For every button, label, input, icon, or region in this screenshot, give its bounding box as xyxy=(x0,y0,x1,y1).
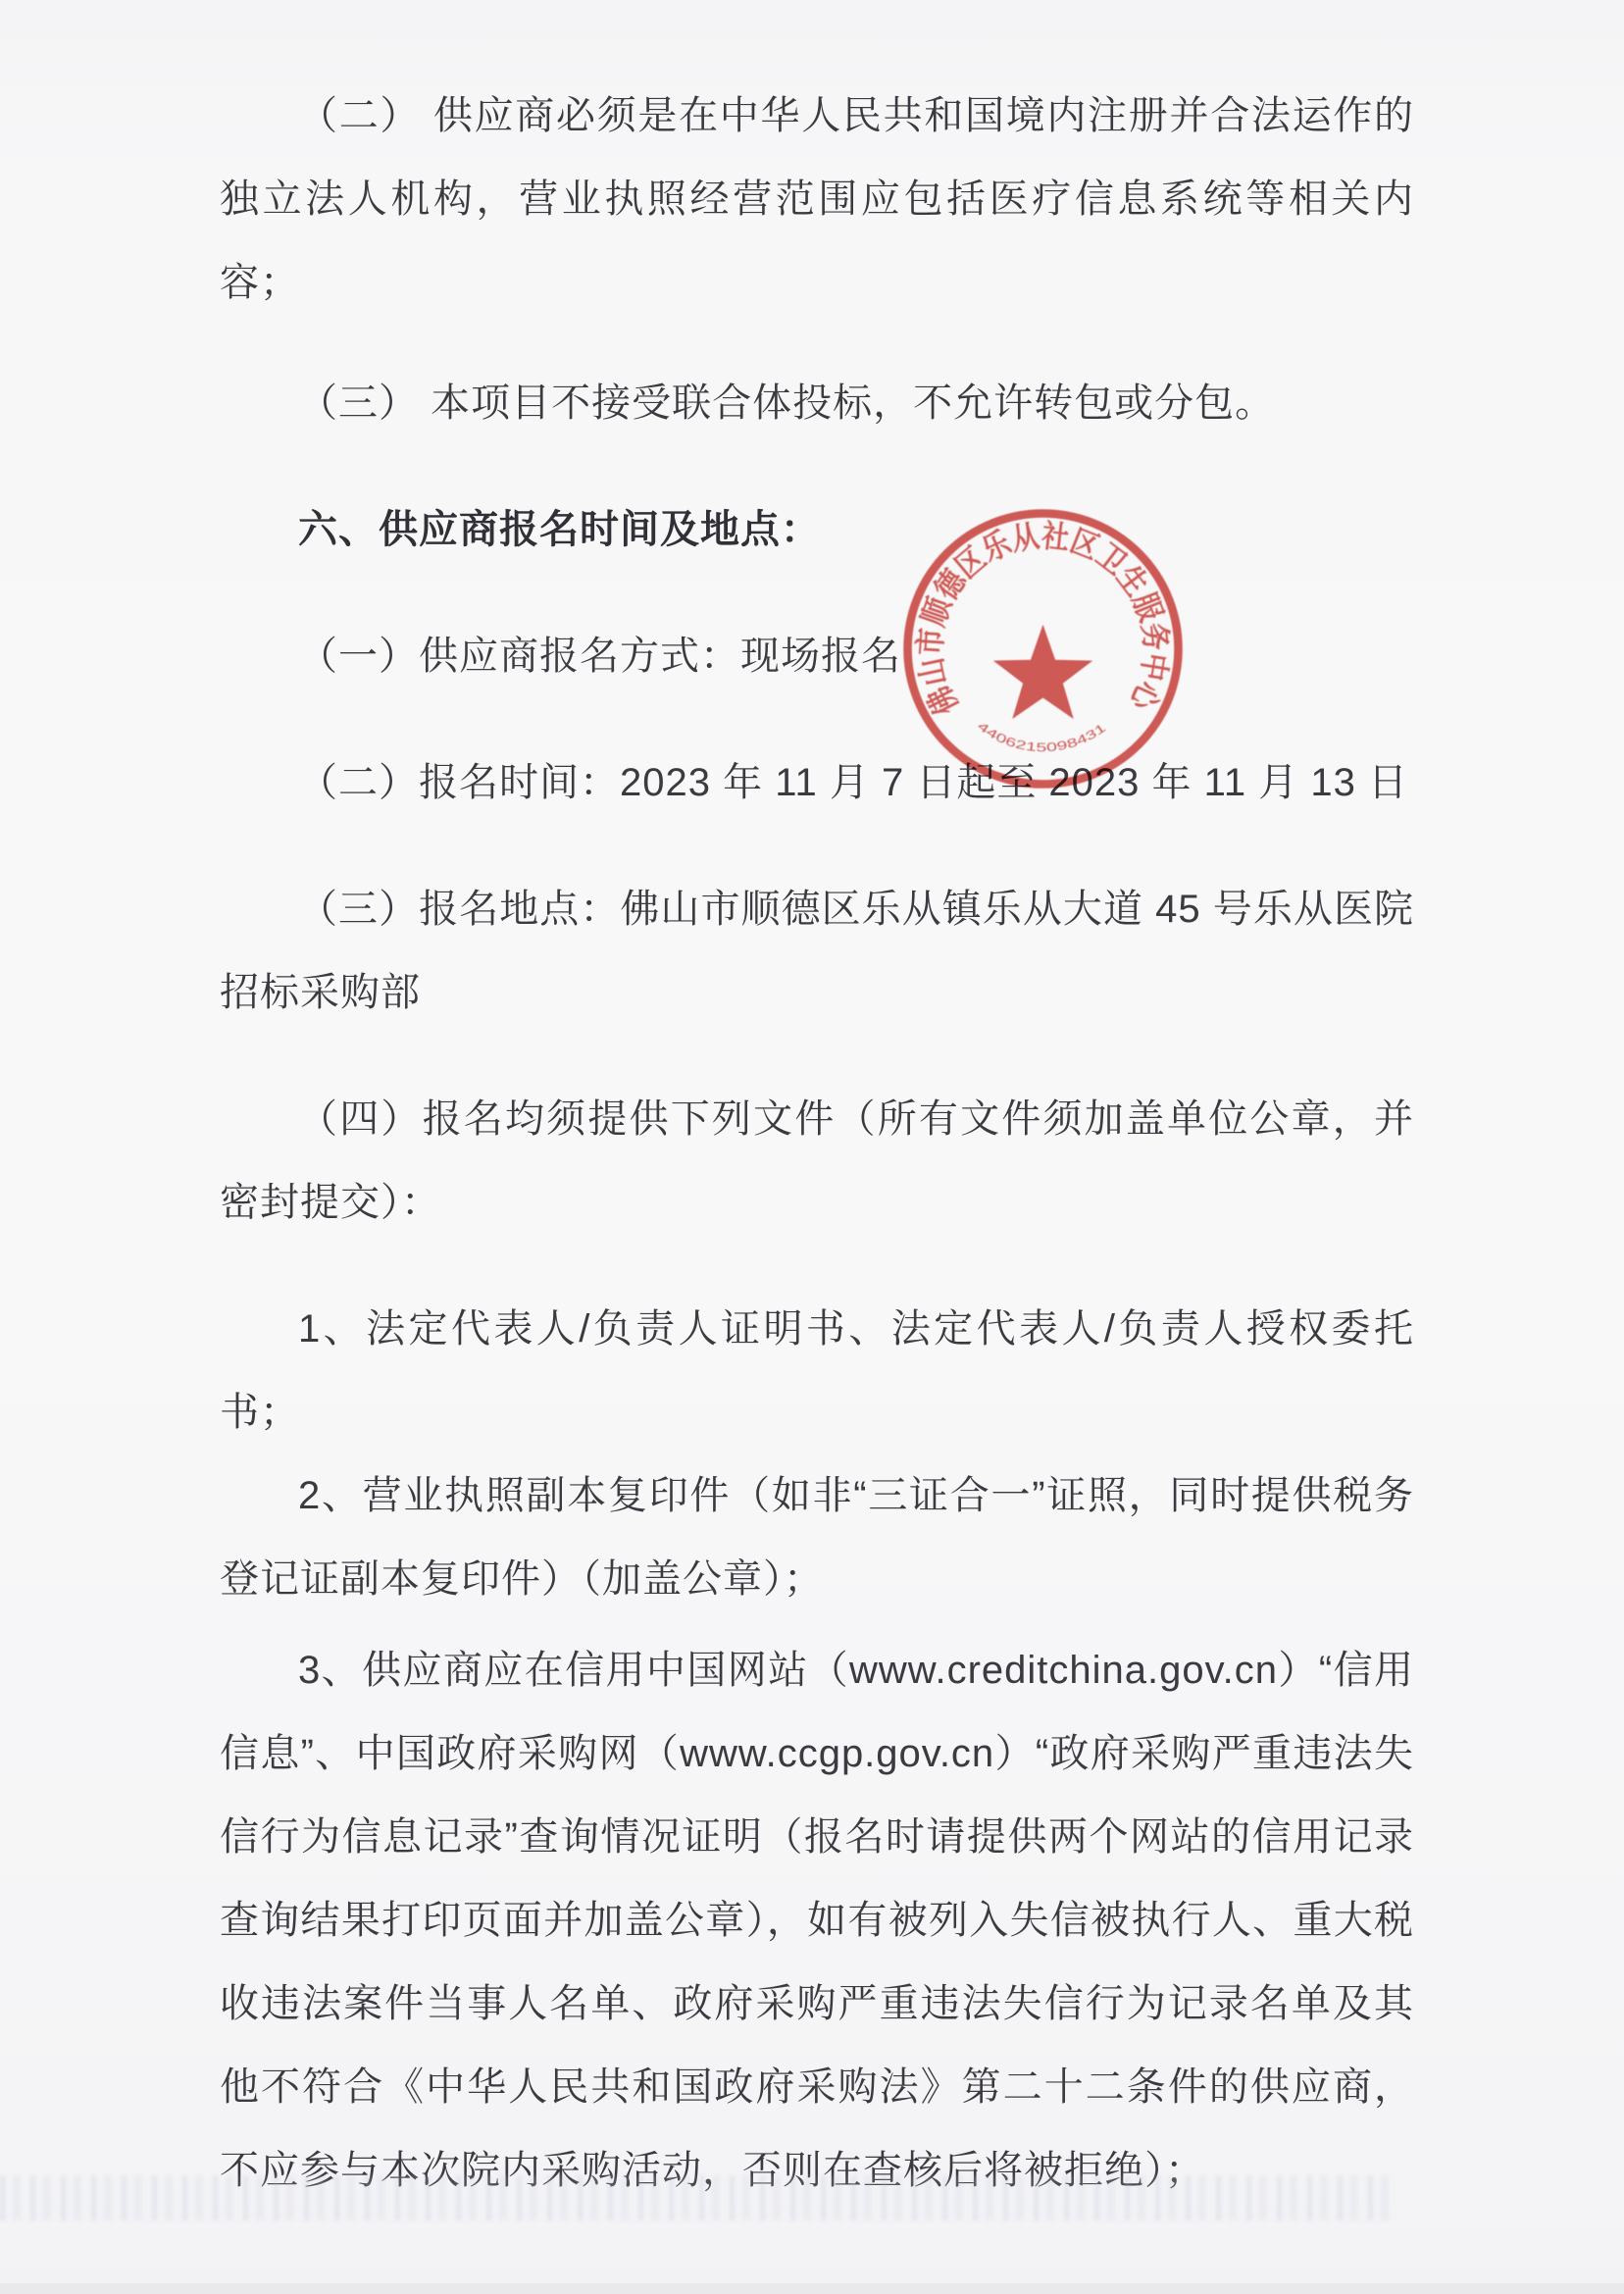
paragraph-supplier-requirement-2: （二） 供应商必须是在中华人民共和国境内注册并合法运作的独立法人机构，营业执照经… xyxy=(220,75,1414,325)
scan-noise-band xyxy=(0,2175,1397,2220)
list-item-document-3: 3、供应商应在信用中国网站（www.creditchina.gov.cn）“信用… xyxy=(220,1629,1414,2213)
paragraph-required-documents-intro: （四）报名均须提供下列文件（所有文件须加盖单位公章，并密封提交）： xyxy=(220,1078,1414,1245)
list-item-document-1: 1、法定代表人/负责人证明书、法定代表人/负责人授权委托书； xyxy=(220,1288,1414,1454)
list-item-document-2: 2、营业执照副本复印件（如非“三证合一”证照，同时提供税务登记证副本复印件）（加… xyxy=(220,1454,1414,1621)
paragraph-registration-location: （三）报名地点：佛山市顺德区乐从镇乐从大道 45 号乐从医院招标采购部 xyxy=(220,868,1414,1035)
paragraph-registration-method: （一）供应商报名方式：现场报名 xyxy=(220,615,1414,698)
section-heading-registration: 六、供应商报名时间及地点： xyxy=(220,488,1414,572)
paragraph-registration-time: （二）报名时间：2023 年 11 月 7 日起至 2023 年 11 月 13… xyxy=(220,741,1414,825)
paragraph-supplier-requirement-3: （三） 本项目不接受联合体投标，不允许转包或分包。 xyxy=(220,362,1414,445)
document-body: （二） 供应商必须是在中华人民共和国境内注册并合法运作的独立法人机构，营业执照经… xyxy=(220,75,1414,2213)
scan-edge-shadow xyxy=(0,2283,1624,2294)
scanned-document-page: （二） 供应商必须是在中华人民共和国境内注册并合法运作的独立法人机构，营业执照经… xyxy=(0,0,1624,2294)
